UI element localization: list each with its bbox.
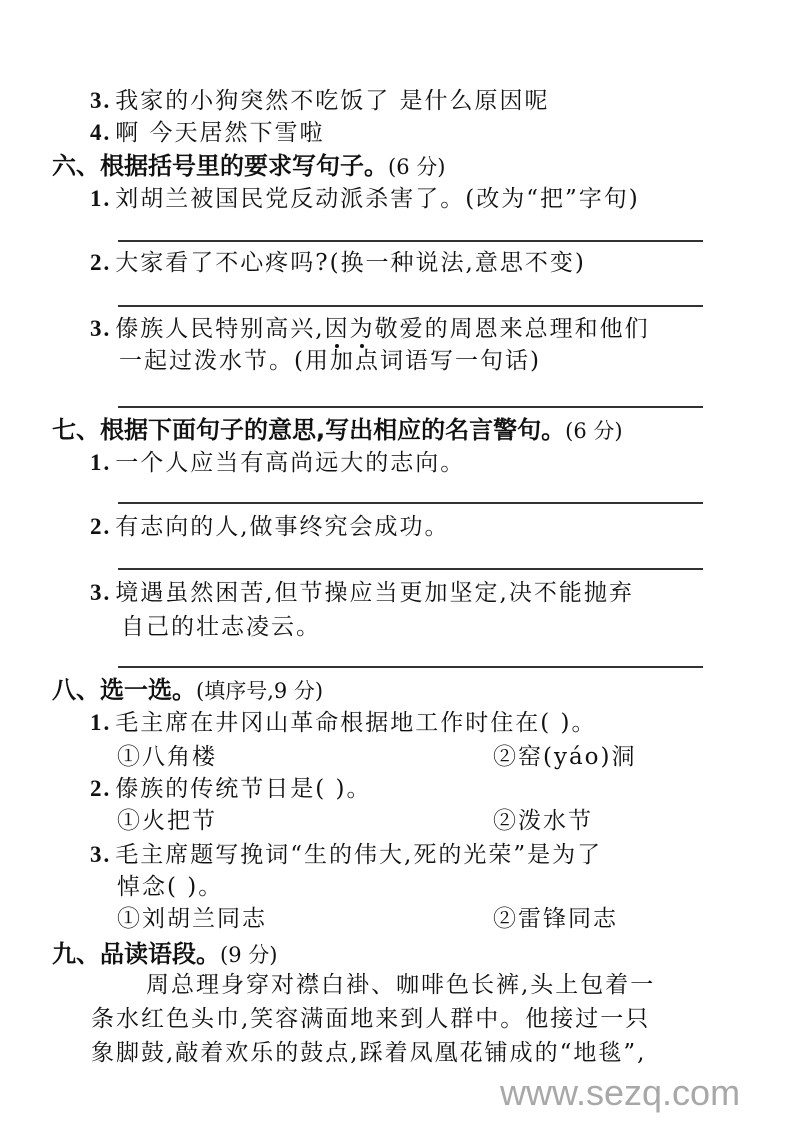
option-label: ①刘胡兰同志 — [117, 906, 267, 932]
question-8-3: 3.毛主席题写挽词“生的伟大,死的光荣”是为了 — [90, 836, 602, 869]
question-number: 1. — [90, 710, 111, 735]
section-8-heading: 八、选一选。(填序号,9 分) — [52, 670, 323, 705]
question-number: 3. — [90, 580, 111, 605]
answer-line-7-1[interactable] — [118, 502, 703, 504]
question-8-2: 2.傣族的传统节日是( )。 — [90, 770, 372, 803]
option-8-3-b[interactable]: ②雷锋同志 — [493, 900, 618, 933]
section-title: 六、根据括号里的要求写句子。 — [52, 152, 388, 180]
question-text: 啊 今天居然下雪啦 — [115, 120, 324, 146]
section-6-heading: 六、根据括号里的要求写句子。(6 分) — [52, 146, 445, 181]
question-5-3: 3.我家的小狗突然不吃饭了 是什么原因呢 — [90, 82, 550, 115]
watermark: www.sezq.com — [500, 1072, 740, 1114]
section-points: (6 分) — [565, 419, 622, 443]
paragraph-line-2: 条水红色头巾,笑容满面地来到人群中。他接过一只 — [91, 1000, 650, 1033]
question-text: 我家的小狗突然不吃饭了 是什么原因呢 — [115, 88, 549, 114]
section-points: (9 分) — [220, 943, 277, 967]
section-7-heading: 七、根据下面句子的意思,写出相应的名言警句。(6 分) — [52, 410, 623, 445]
question-number: 2. — [90, 514, 111, 539]
option-8-1-b[interactable]: ②窑(yáo)洞 — [493, 738, 637, 771]
answer-line-6-3[interactable] — [118, 406, 703, 408]
question-6-2: 2.大家看了不心疼吗?(换一种说法,意思不变) — [90, 244, 586, 277]
question-7-3-line2: 自己的壮志凌云。 — [121, 608, 321, 641]
section-title: 八、选一选。 — [52, 676, 196, 704]
question-text: 大家看了不心疼吗?(换一种说法,意思不变) — [115, 250, 586, 276]
option-8-1-a[interactable]: ①八角楼 — [117, 738, 217, 771]
question-number: 3. — [90, 316, 111, 341]
question-text: 一个人应当有高尚远大的志向。 — [115, 450, 465, 476]
question-7-2: 2.有志向的人,做事终究会成功。 — [90, 508, 450, 541]
section-title: 九、品读语段。 — [52, 940, 220, 968]
question-text: 境遇虽然困苦,但节操应当更加坚定,决不能抛弃 — [115, 580, 634, 606]
question-text: 自己的壮志凌云。 — [121, 614, 321, 640]
option-label: ②窑(yáo)洞 — [493, 744, 637, 770]
question-5-4: 4.啊 今天居然下雪啦 — [90, 114, 325, 147]
section-points: (6 分) — [388, 155, 445, 179]
question-number: 4. — [90, 120, 111, 145]
question-text: 敬爱的周恩来总理和他们 — [375, 316, 650, 342]
question-number: 2. — [90, 250, 111, 275]
question-text: 傣族人民特别高兴, — [115, 316, 324, 342]
paragraph-text: 条水红色头巾,笑容满面地来到人群中。他接过一只 — [91, 1006, 650, 1032]
section-9-heading: 九、品读语段。(9 分) — [52, 934, 277, 969]
answer-line-6-2[interactable] — [118, 305, 703, 307]
section-points: (填序号,9 分) — [196, 679, 323, 703]
question-6-3: 3.傣族人民特别高兴,因为敬爱的周恩来总理和他们 — [90, 310, 650, 343]
paragraph-line-1: 周总理身穿对襟白褂、咖啡色长裤,头上包着一 — [146, 966, 655, 999]
question-7-1: 1.一个人应当有高尚远大的志向。 — [90, 444, 465, 477]
question-text: 悼念( )。 — [117, 874, 223, 900]
question-text: 刘胡兰被国民党反动派杀害了。(改为“把”字句) — [115, 186, 639, 212]
question-number: 3. — [90, 88, 111, 113]
section-title: 七、根据下面句子的意思,写出相应的名言警句。 — [52, 416, 565, 444]
question-text: 一起过泼水节。(用加点词语写一句话) — [119, 348, 541, 374]
answer-line-7-2[interactable] — [118, 568, 703, 570]
question-7-3: 3.境遇虽然困苦,但节操应当更加坚定,决不能抛弃 — [90, 574, 634, 607]
question-number: 2. — [90, 776, 111, 801]
question-6-1: 1.刘胡兰被国民党反动派杀害了。(改为“把”字句) — [90, 180, 640, 213]
question-number: 1. — [90, 450, 111, 475]
option-label: ②泼水节 — [493, 808, 593, 834]
question-text: 毛主席题写挽词“生的伟大,死的光荣”是为了 — [115, 842, 602, 868]
answer-line-7-3[interactable] — [118, 666, 703, 668]
paragraph-text: 周总理身穿对襟白褂、咖啡色长裤,头上包着一 — [146, 972, 655, 998]
question-text: 有志向的人,做事终究会成功。 — [115, 514, 449, 540]
option-label: ①火把节 — [117, 808, 217, 834]
question-8-1: 1.毛主席在井冈山革命根据地工作时住在( )。 — [90, 704, 597, 737]
paragraph-text: 象脚鼓,敲着欢乐的鼓点,踩着凤凰花铺成的“地毯”, — [91, 1040, 646, 1066]
answer-line-6-1[interactable] — [118, 240, 703, 242]
option-8-3-a[interactable]: ①刘胡兰同志 — [117, 900, 267, 933]
question-number: 3. — [90, 842, 111, 867]
option-8-2-b[interactable]: ②泼水节 — [493, 802, 593, 835]
emphasis-dot-word: 因 — [325, 316, 350, 342]
option-8-2-a[interactable]: ①火把节 — [117, 802, 217, 835]
emphasis-dot-word: 为 — [350, 316, 375, 342]
question-text: 傣族的传统节日是( )。 — [115, 776, 371, 802]
question-6-3-line2: 一起过泼水节。(用加点词语写一句话) — [119, 342, 541, 375]
question-8-3-line2: 悼念( )。 — [117, 868, 223, 901]
question-number: 1. — [90, 186, 111, 211]
question-text: 毛主席在井冈山革命根据地工作时住在( )。 — [115, 710, 596, 736]
option-label: ①八角楼 — [117, 744, 217, 770]
paragraph-line-3: 象脚鼓,敲着欢乐的鼓点,踩着凤凰花铺成的“地毯”, — [91, 1034, 646, 1067]
option-label: ②雷锋同志 — [493, 906, 618, 932]
